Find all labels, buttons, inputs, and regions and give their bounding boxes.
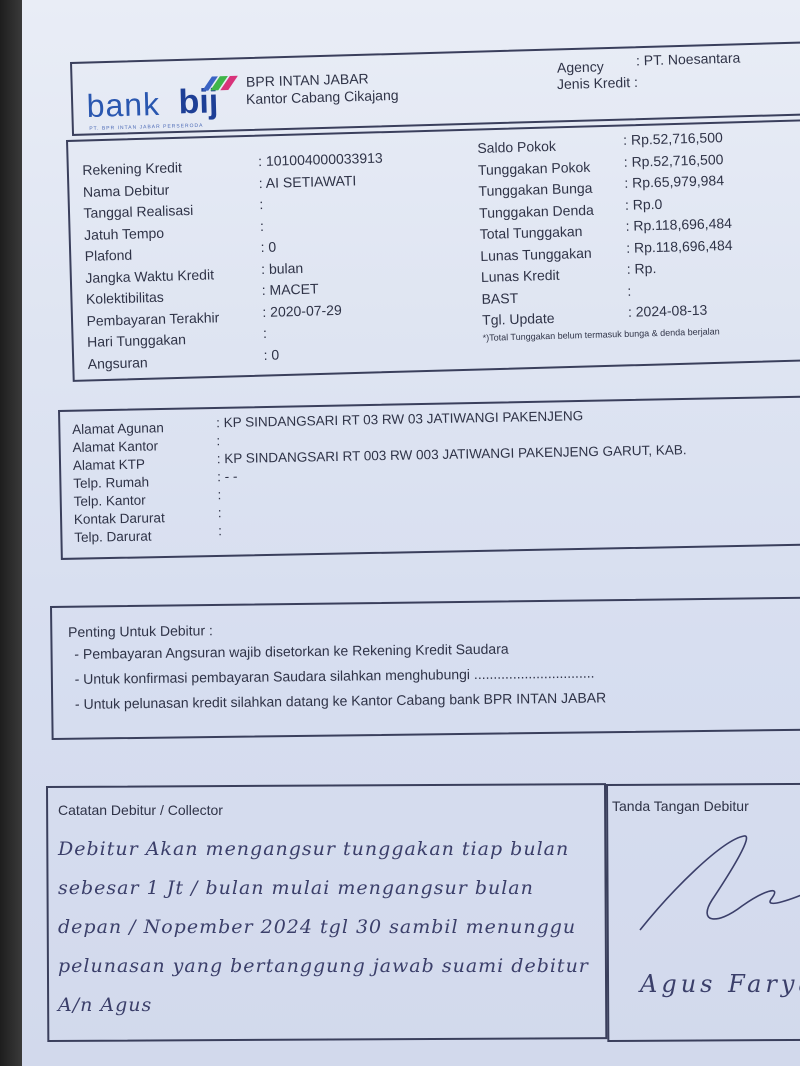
field-value: : Rp.118,696,484	[626, 236, 733, 255]
jenis-kredit-label: Jenis Kredit :	[557, 74, 638, 92]
handwritten-line: sebesar 1 Jt / bulan mulai mengangsur bu…	[58, 877, 618, 916]
field-value: : Rp.65,979,984	[624, 172, 724, 191]
field-value: :	[259, 196, 263, 212]
field-label: Telp. Darurat	[74, 528, 152, 544]
field-value: : 101004000033913	[258, 150, 383, 169]
handwritten-line: pelunasan yang bertanggung jawab suami d…	[58, 955, 618, 994]
field-value: :	[218, 505, 222, 520]
field-label: Jatuh Tempo	[84, 224, 164, 242]
field-label: Hari Tunggakan	[87, 331, 186, 350]
field-value: : MACET	[262, 280, 319, 298]
handwritten-line: depan / Nopember 2024 tgl 30 sambil menu…	[58, 916, 618, 955]
bank-logo: bank bij PT. BPR INTAN JABAR PERSERODA	[86, 78, 247, 132]
address-section: Alamat Agunan: KP SINDANGSARI RT 03 RW 0…	[72, 403, 800, 544]
field-label: Lunas Tunggakan	[480, 244, 592, 263]
field-value: : bulan	[261, 259, 303, 276]
field-label: Tgl. Update	[482, 310, 555, 328]
document-page: bank bij PT. BPR INTAN JABAR PERSERODA B…	[22, 0, 800, 1066]
agency-label: Agency	[557, 58, 604, 75]
signature-name: Agus Farya	[640, 970, 800, 998]
field-value: : 2024-08-13	[628, 302, 708, 320]
field-value: : - -	[217, 469, 238, 484]
field-value: : Rp.0	[625, 195, 663, 212]
field-label: Tanggal Realisasi	[83, 202, 193, 221]
handwritten-line: Debitur Akan mengangsur tunggakan tiap b…	[58, 838, 618, 877]
field-value: : AI SETIAWATI	[259, 172, 357, 191]
field-value: : Rp.118,696,484	[625, 215, 732, 234]
field-value: : 0	[263, 346, 279, 362]
field-label: Lunas Kredit	[481, 267, 560, 285]
field-label: Jangka Waktu Kredit	[85, 266, 214, 286]
field-value: :	[260, 217, 264, 233]
signature-title: Tanda Tangan Debitur	[612, 798, 749, 814]
field-value: :	[217, 487, 221, 502]
notice-section: Penting Untuk Debitur : - Pembayaran Ang…	[68, 615, 800, 721]
field-value: : Rp.52,716,500	[624, 151, 724, 170]
field-label: Kolektibilitas	[86, 289, 164, 307]
field-value: : Rp.52,716,500	[623, 129, 723, 148]
field-value: :	[216, 433, 220, 448]
field-value: :	[627, 282, 631, 298]
field-label: Saldo Pokok	[477, 138, 556, 156]
signature-scribble-icon	[632, 830, 800, 940]
field-label: Pembayaran Terakhir	[86, 309, 219, 329]
field-value: : 0	[260, 239, 276, 255]
field-label: Tunggakan Denda	[479, 201, 594, 220]
handwritten-line: A/n Agus	[58, 994, 618, 1033]
field-label: BAST	[481, 289, 518, 306]
agency-value: : PT. Noesantara	[636, 50, 741, 69]
field-value: :	[218, 523, 222, 538]
field-value: : Rp.	[627, 260, 657, 277]
field-label: Total Tunggakan	[480, 223, 583, 242]
loan-right-column: Saldo Pokok: Rp.52,716,500Tunggakan Poko…	[477, 127, 800, 343]
field-label: Angsuran	[88, 354, 148, 372]
logo-bank-text: bank	[86, 86, 160, 125]
field-label: Nama Debitur	[83, 181, 170, 199]
field-label: Plafond	[85, 247, 133, 264]
field-label: Rekening Kredit	[82, 159, 182, 178]
field-value: :	[263, 325, 267, 341]
bank-name: BPR INTAN JABAR	[246, 70, 369, 89]
field-value: : 2020-07-29	[262, 301, 342, 319]
field-label: Tunggakan Bunga	[478, 180, 592, 199]
notes-title: Catatan Debitur / Collector	[58, 802, 223, 818]
field-label: Tunggakan Pokok	[478, 158, 591, 177]
loan-left-column: Rekening Kredit: 101004000033913Nama Deb…	[82, 147, 478, 373]
logo-stripes-icon	[198, 74, 238, 93]
photo-background-edge	[0, 0, 22, 1066]
handwritten-notes: Debitur Akan mengangsur tunggakan tiap b…	[58, 838, 618, 1033]
